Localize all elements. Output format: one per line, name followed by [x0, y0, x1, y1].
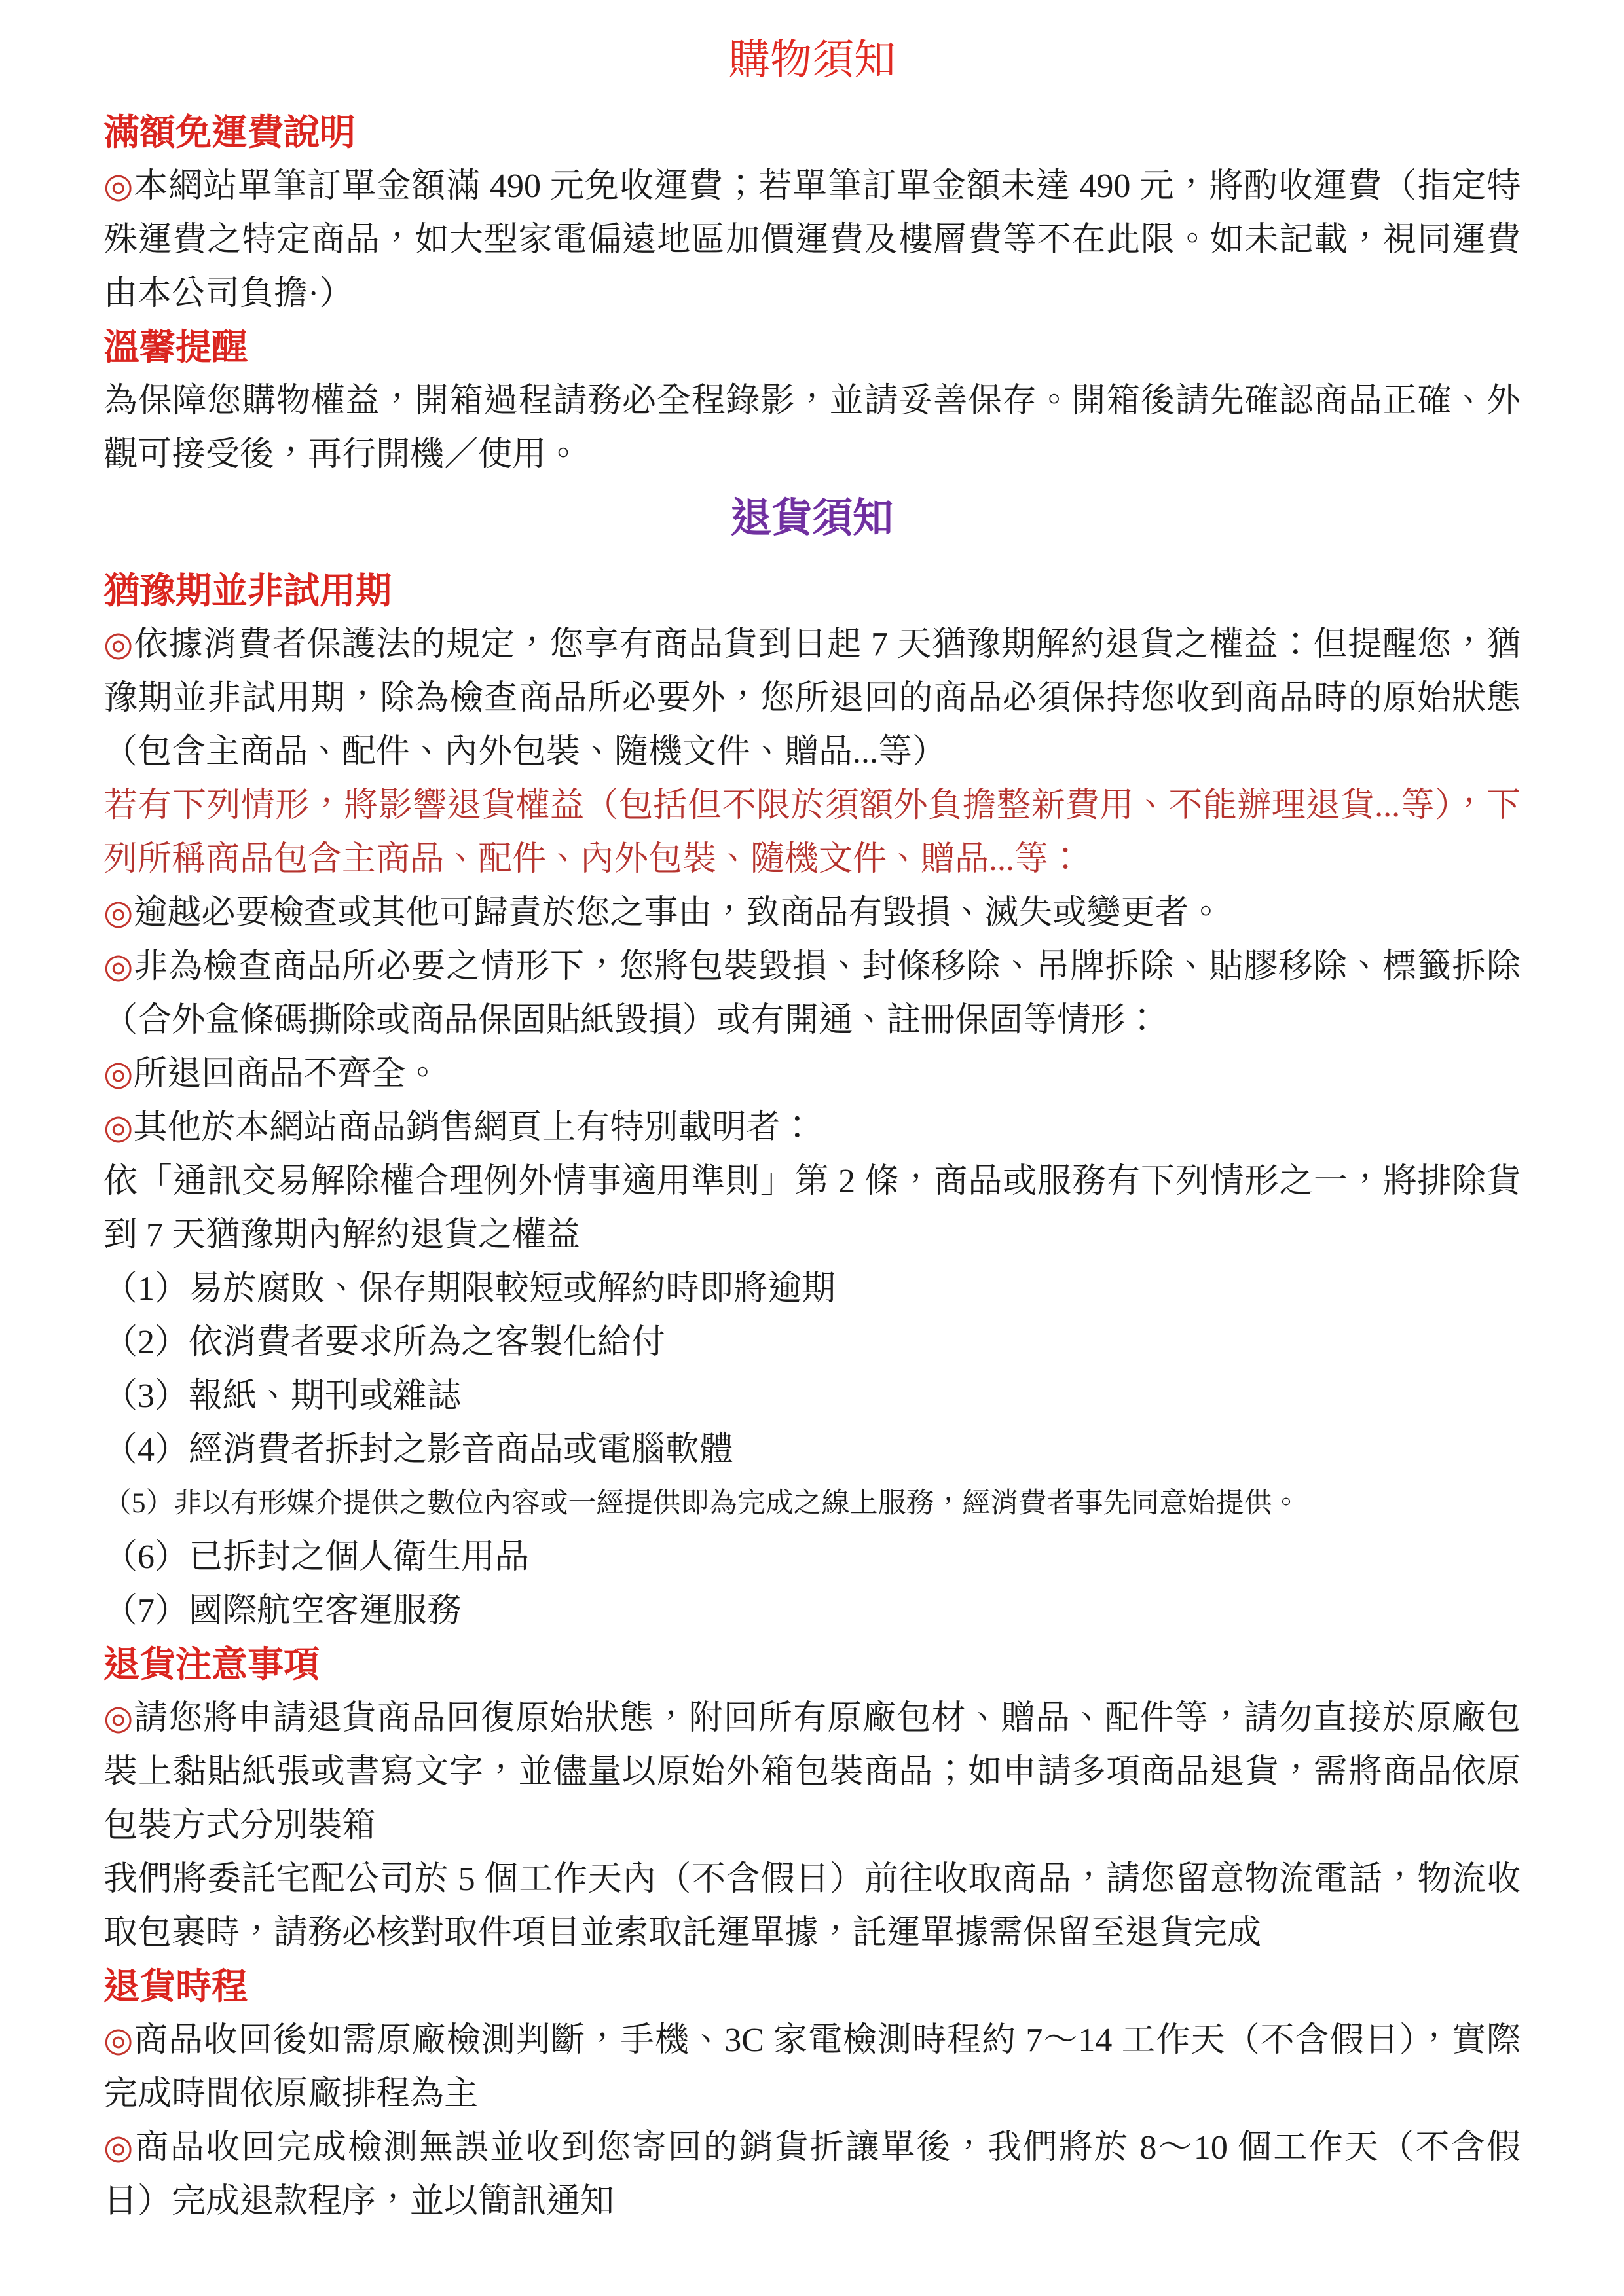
warning-text-line: 若有下列情形，將影響退貨權益（包括但不限於須額外負擔整新費用、不能辦理退貨...…	[103, 779, 1521, 833]
section-heading: 退貨注意事項	[103, 1638, 1521, 1692]
shopping-notice-title: 購物須知	[103, 29, 1521, 92]
text-line: ◎商品收回後如需原廠檢測判斷，手機、3C 家電檢測時程約 7～14 工作天（不含…	[103, 2014, 1521, 2068]
text-line: 取包裹時，請務必核對取件項目並索取託運單據，託運單據需保留至退貨完成	[103, 1906, 1521, 1960]
text-line: （1）易於腐敗、保存期限較短或解約時即將逾期	[103, 1262, 1521, 1316]
circle-bullet-icon: ◎	[103, 894, 133, 932]
return-notice-title: 退貨須知	[103, 487, 1521, 550]
text-line: 由本公司負擔·）	[103, 267, 1521, 321]
text-line: （2）依消費者要求所為之客製化給付	[103, 1316, 1521, 1370]
text-line: ◎依據消費者保護法的規定，您享有商品貨到日起 7 天猶豫期解約退貨之權益：但提醒…	[103, 618, 1521, 672]
text-line: 觀可接受後，再行開機／使用。	[103, 428, 1521, 482]
text-line: ◎逾越必要檢查或其他可歸責於您之事由，致商品有毀損、滅失或變更者。	[103, 886, 1521, 940]
text-line: （合外盒條碼撕除或商品保固貼紙毀損）或有開通、註冊保固等情形：	[103, 994, 1521, 1048]
text-line: 包裝方式分別裝箱	[103, 1799, 1521, 1853]
circle-bullet-icon: ◎	[103, 168, 134, 205]
text-line: ◎其他於本網站商品銷售網頁上有特別載明者：	[103, 1101, 1521, 1155]
section-heading: 滿額免運費說明	[103, 106, 1521, 160]
circle-bullet-icon: ◎	[103, 948, 134, 985]
text-line: （4）經消費者拆封之影音商品或電腦軟體	[103, 1423, 1521, 1477]
text-line: （5）非以有形媒介提供之數位內容或一經提供即為完成之線上服務，經消費者事先同意始…	[103, 1477, 1521, 1531]
text-line: 依「通訊交易解除權合理例外情事適用準則」第 2 條，商品或服務有下列情形之一，將…	[103, 1155, 1521, 1209]
warning-text-line: 列所稱商品包含主商品、配件、內外包裝、隨機文件、贈品...等：	[103, 833, 1521, 886]
text-line: （6）已拆封之個人衛生用品	[103, 1531, 1521, 1584]
text-line: （3）報紙、期刊或雜誌	[103, 1370, 1521, 1423]
text-line: ◎請您將申請退貨商品回復原始狀態，附回所有原廠包材、贈品、配件等，請勿直接於原廠…	[103, 1692, 1521, 1745]
circle-bullet-icon: ◎	[103, 1109, 133, 1146]
text-line: ◎商品收回完成檢測無誤並收到您寄回的銷貨折讓單後，我們將於 8～10 個工作天（…	[103, 2121, 1521, 2175]
text-line: ◎所退回商品不齊全。	[103, 1048, 1521, 1101]
text-line: 為保障您購物權益，開箱過程請務必全程錄影，並請妥善保存。開箱後請先確認商品正確、…	[103, 374, 1521, 428]
circle-bullet-icon: ◎	[103, 2022, 134, 2059]
text-line: 豫期並非試用期，除為檢查商品所必要外，您所退回的商品必須保持您收到商品時的原始狀…	[103, 672, 1521, 725]
text-line: （包含主商品、配件、內外包裝、隨機文件、贈品...等）	[103, 725, 1521, 779]
text-line: （7）國際航空客運服務	[103, 1584, 1521, 1638]
text-line: 完成時間依原廠排程為主	[103, 2068, 1521, 2121]
circle-bullet-icon: ◎	[103, 1700, 134, 1737]
circle-bullet-icon: ◎	[103, 1055, 133, 1093]
document-page: 購物須知滿額免運費說明◎本網站單筆訂單金額滿 490 元免收運費；若單筆訂單金額…	[0, 0, 1624, 2296]
circle-bullet-icon: ◎	[103, 626, 134, 663]
circle-bullet-icon: ◎	[103, 2129, 135, 2166]
text-line: 我們將委託宅配公司於 5 個工作天內（不含假日）前往收取商品，請您留意物流電話，…	[103, 1853, 1521, 1906]
text-line: ◎本網站單筆訂單金額滿 490 元免收運費；若單筆訂單金額未達 490 元，將酌…	[103, 160, 1521, 213]
section-heading: 猶豫期並非試用期	[103, 564, 1521, 618]
text-line: 日）完成退款程序，並以簡訊通知	[103, 2175, 1521, 2229]
section-heading: 溫馨提醒	[103, 321, 1521, 374]
text-line: 裝上黏貼紙張或書寫文字，並儘量以原始外箱包裝商品；如申請多項商品退貨，需將商品依…	[103, 1745, 1521, 1799]
section-heading: 退貨時程	[103, 1960, 1521, 2014]
text-line: ◎非為檢查商品所必要之情形下，您將包裝毀損、封條移除、吊牌拆除、貼膠移除、標籤拆…	[103, 940, 1521, 994]
text-line: 到 7 天猶豫期內解約退貨之權益	[103, 1209, 1521, 1262]
text-line: 殊運費之特定商品，如大型家電偏遠地區加價運費及樓層費等不在此限。如未記載，視同運…	[103, 213, 1521, 267]
